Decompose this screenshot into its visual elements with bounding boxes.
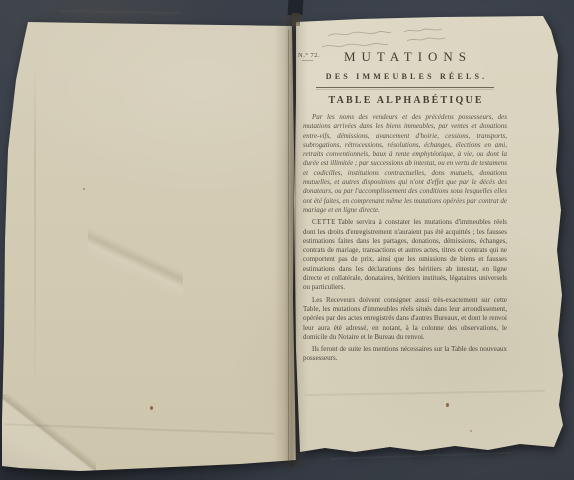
- binding-tab-tail: [292, 13, 300, 26]
- paragraph-lead-word: CETTE: [312, 218, 336, 226]
- body-paragraph-3: Ils feront de suite les mentions nécessa…: [303, 345, 507, 364]
- paper-speck: [446, 403, 449, 407]
- page-crease: [305, 390, 545, 396]
- body-paragraph-1: CETTETable servira à constater les mutat…: [303, 218, 507, 292]
- book-scan: N.° 72. MUTATIONS DES IMMEUBLES RÉELS. T…: [0, 0, 574, 480]
- body-paragraph-2: Les Receveurs doivent consigner aussi tr…: [303, 296, 507, 342]
- page-subtitle: DES IMMEUBLES RÉELS.: [303, 72, 507, 81]
- divider-rule: [316, 87, 494, 89]
- section-heading: TABLE ALPHABÉTIQUE: [303, 95, 507, 106]
- page-title: MUTATIONS: [303, 50, 507, 64]
- handwritten-note-icon: [402, 26, 448, 48]
- intro-paragraph: Par les noms des vendeurs et des précéde…: [303, 113, 507, 215]
- form-number-label: N.° 72.: [298, 52, 320, 59]
- paper-speck: [470, 430, 472, 432]
- printed-text-column: N.° 72. MUTATIONS DES IMMEUBLES RÉELS. T…: [303, 46, 507, 364]
- paragraph-text: Table servira à constater les mutations …: [303, 218, 507, 291]
- form-number-underline: [298, 59, 318, 62]
- right-printed-page: N.° 72. MUTATIONS DES IMMEUBLES RÉELS. T…: [0, 0, 574, 480]
- right-page-wrap: N.° 72. MUTATIONS DES IMMEUBLES RÉELS. T…: [0, 0, 574, 480]
